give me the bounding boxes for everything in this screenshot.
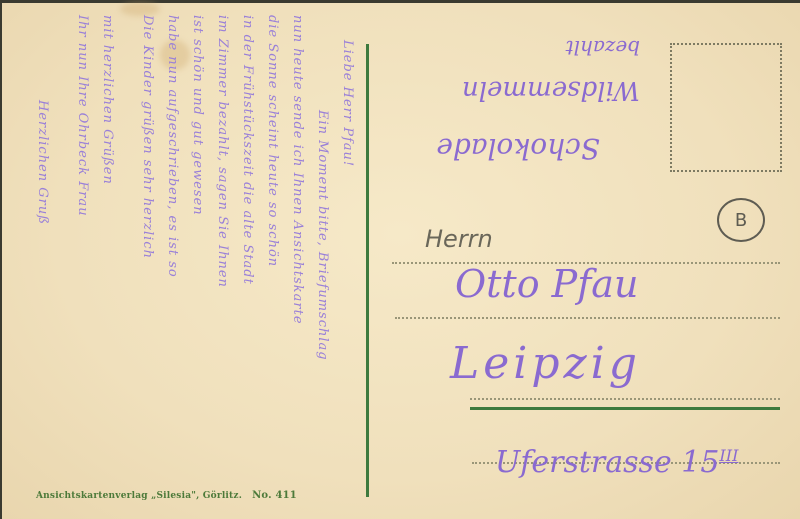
message-line: mit herzlichen Grüßen bbox=[100, 15, 115, 185]
upside-down-note: Wildsemmeln bbox=[462, 75, 640, 105]
pencil-mark: B bbox=[717, 198, 765, 242]
divider-line bbox=[366, 44, 369, 497]
address-salutation: Herrn bbox=[425, 225, 493, 253]
message-line: Die Kinder grüßen sehr herzlich bbox=[140, 15, 155, 259]
paper-stain bbox=[120, 2, 160, 16]
recipient-street: Uferstrasse 15III bbox=[495, 445, 738, 480]
postcard-back: Liebe Herr Pfau! Ein Moment bitte, Brief… bbox=[0, 0, 800, 519]
floor-number: III bbox=[719, 446, 738, 465]
address-line bbox=[470, 398, 780, 400]
message-line: nun heute sende ich Ihnen Ansichtskarte bbox=[290, 15, 305, 325]
recipient-city: Leipzig bbox=[450, 338, 641, 389]
recipient-name: Otto Pfau bbox=[455, 262, 638, 306]
message-line: Ihr nun Ihre Ohrbeck Frau bbox=[75, 15, 90, 217]
city-underline bbox=[470, 407, 780, 410]
stamp-placeholder bbox=[670, 43, 782, 172]
message-line: in der Frühstückszeit die alte Stadt bbox=[240, 15, 255, 285]
publisher-name: Ansichtskartenverlag „Silesia", Görlitz. bbox=[36, 491, 242, 501]
upside-down-note: Schokolade bbox=[436, 132, 600, 165]
publisher-number: No. 411 bbox=[252, 490, 297, 501]
message-line: die Sonne scheint heute so schön bbox=[265, 15, 280, 267]
message-line: ist schön und gut gewesen bbox=[190, 15, 205, 216]
message-line: Liebe Herr Pfau! bbox=[340, 40, 355, 167]
street-name: Uferstrasse 15 bbox=[495, 445, 719, 480]
message-line: im Zimmer bezahlt, sagen Sie Ihnen bbox=[215, 15, 230, 288]
upside-down-note: bezahlt bbox=[566, 36, 640, 60]
message-line: Ein Moment bitte, Briefumschlag bbox=[315, 110, 330, 361]
publisher-imprint: Ansichtskartenverlag „Silesia", Görlitz.… bbox=[36, 490, 297, 501]
address-line bbox=[395, 317, 780, 319]
message-line: Herzlichen Gruß bbox=[35, 100, 50, 225]
message-line: habe nun aufgeschrieben, es ist so bbox=[165, 15, 180, 278]
